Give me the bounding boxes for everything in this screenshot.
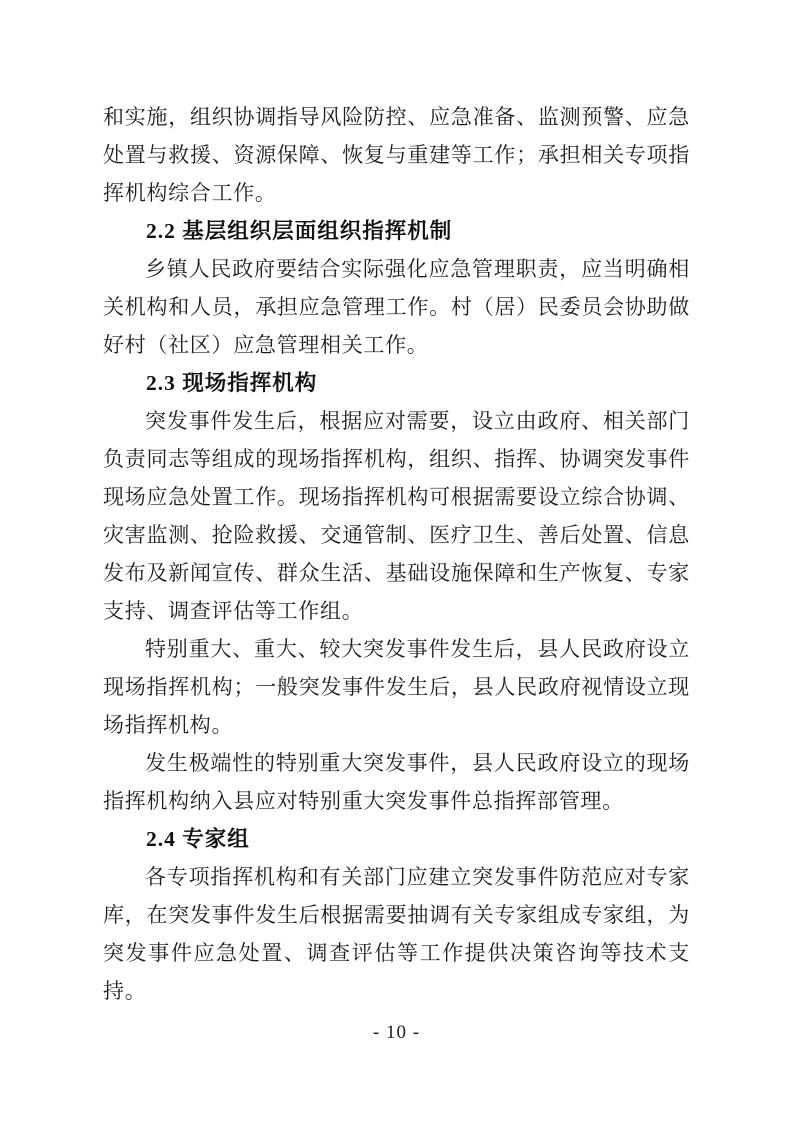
paragraph: 乡镇人民政府要结合实际强化应急管理职责，应当明确相关机构和人员，承担应急管理工作… xyxy=(103,250,690,364)
paragraph: 特别重大、重大、较大突发事件发生后，县人民政府设立现场指挥机构；一般突发事件发生… xyxy=(103,630,690,744)
page-number: - 10 - xyxy=(0,1022,793,1044)
paragraph-continued-from-previous-page: 和实施，组织协调指导风险防控、应急准备、监测预警、应急处置与救援、资源保障、恢复… xyxy=(103,98,690,212)
document-page: 和实施，组织协调指导风险防控、应急准备、监测预警、应急处置与救援、资源保障、恢复… xyxy=(0,0,793,1122)
document-content: 和实施，组织协调指导风险防控、应急准备、监测预警、应急处置与救援、资源保障、恢复… xyxy=(0,0,793,1010)
section-heading-2-3: 2.3 现场指挥机构 xyxy=(103,364,690,402)
section-heading-2-2: 2.2 基层组织层面组织指挥机制 xyxy=(103,212,690,250)
section-heading-2-4: 2.4 专家组 xyxy=(103,820,690,858)
paragraph: 各专项指挥机构和有关部门应建立突发事件防范应对专家库，在突发事件发生后根据需要抽… xyxy=(103,858,690,1010)
paragraph: 突发事件发生后，根据应对需要，设立由政府、相关部门负责同志等组成的现场指挥机构，… xyxy=(103,402,690,630)
paragraph: 发生极端性的特别重大突发事件，县人民政府设立的现场指挥机构纳入县应对特别重大突发… xyxy=(103,744,690,820)
